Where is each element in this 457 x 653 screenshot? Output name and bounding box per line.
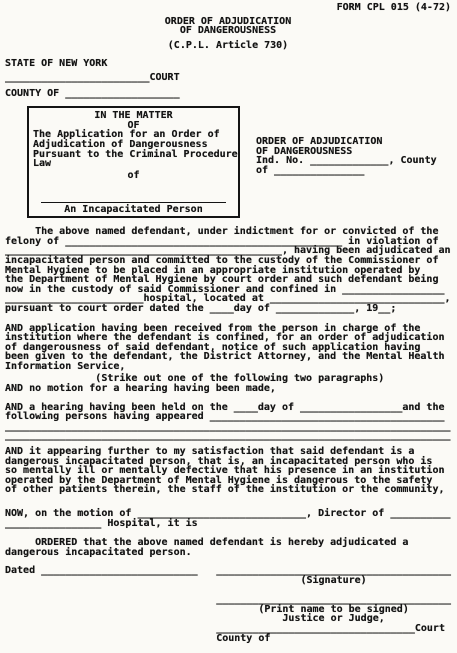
scanned-form-page: FORM CPL 015 (4-72) ORDER OF ADJUDICATIO… (0, 0, 457, 653)
dated-blank: Dated __________________________ (5, 566, 216, 643)
caption-section: IN THE MATTER OF The Application for an … (5, 106, 451, 218)
incapacitated-person-label: An Incapacitated Person (33, 205, 234, 215)
venue-county-blank: COUNTY OF ___________________ (5, 89, 451, 99)
matter-heading: IN THE MATTER OF (33, 111, 234, 130)
paragraph-indictment-recital: The above named defendant, under indictm… (5, 227, 451, 313)
matter-of-label: of (33, 171, 234, 181)
paragraph-now-on-motion: NOW, on the motion of __________________… (5, 509, 451, 528)
signature-section: Dated __________________________ _______… (5, 566, 451, 643)
matter-body-text: The Application for an Order of Adjudica… (33, 130, 234, 168)
order-caption-block: ORDER OF ADJUDICATION OF DANGEROUSNESS I… (256, 106, 437, 218)
form-number: FORM CPL 015 (4-72) (5, 3, 451, 13)
paragraph-application-recital: AND application having been received fro… (5, 324, 451, 372)
matter-caption-box: IN THE MATTER OF The Application for an … (27, 106, 240, 218)
form-subtitle: (C.P.L. Article 730) (5, 41, 451, 51)
venue-court-blank: ________________________COURT (5, 73, 451, 83)
paragraph-strike-out-note: (Strike out one of the following two par… (5, 374, 451, 393)
venue-state: STATE OF NEW YORK (5, 59, 451, 69)
paragraph-hearing-recital: AND a hearing having been held on the __… (5, 403, 451, 441)
form-title: ORDER OF ADJUDICATION OF DANGEROUSNESS (5, 17, 451, 36)
paragraph-ordered-clause: ORDERED that the above named defendant i… (5, 538, 451, 557)
paragraph-satisfaction-finding: AND it appearing further to my satisfact… (5, 447, 451, 495)
signature-block: _______________________________________ … (216, 566, 451, 643)
